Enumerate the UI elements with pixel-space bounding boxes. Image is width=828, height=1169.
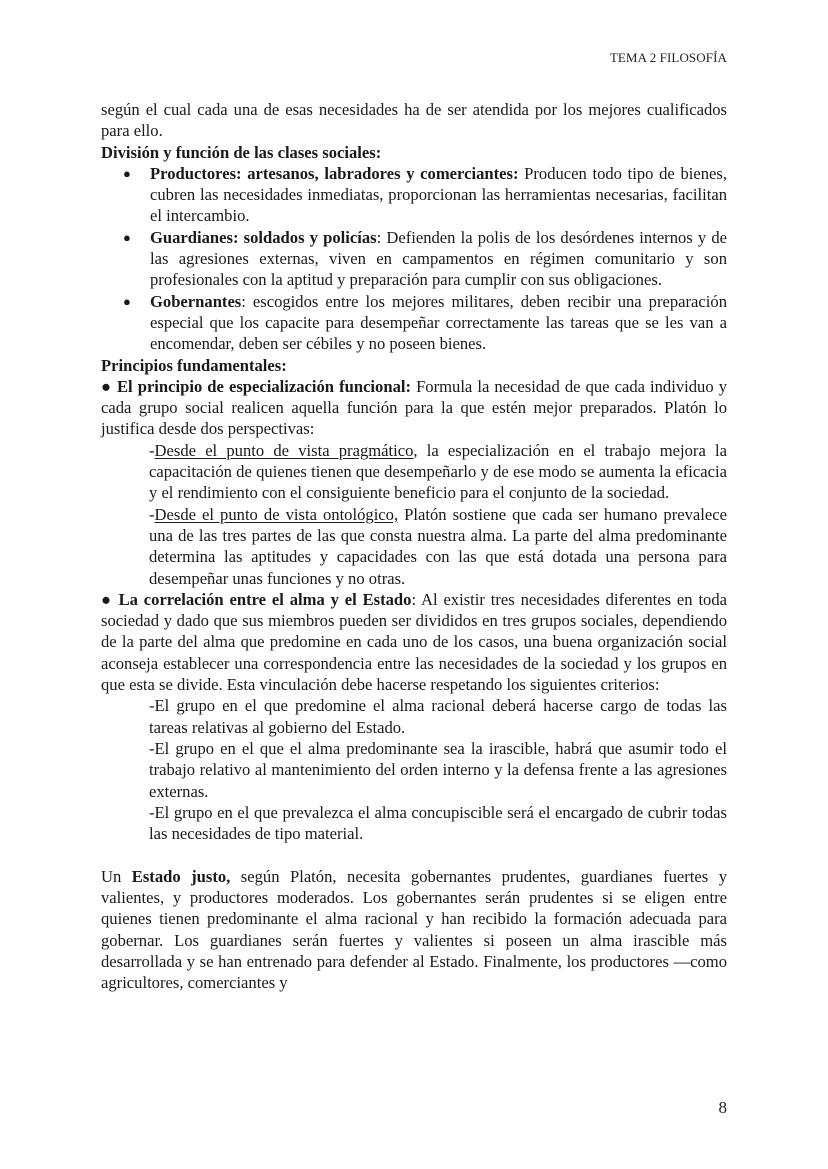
perspective-pragmatico: -Desde el punto de vista pragmático, la … <box>101 440 727 504</box>
bullet-icon: ● <box>123 163 131 184</box>
intro-paragraph: según el cual cada una de esas necesidad… <box>101 99 727 142</box>
term: Estado justo, <box>132 867 231 886</box>
list-item-productores: ● Productores: artesanos, labradores y c… <box>150 163 727 227</box>
underlined-term: Desde el punto de vista pragmático <box>155 441 414 460</box>
page-number: 8 <box>719 1098 728 1118</box>
perspective-ontologico: -Desde el punto de vista ontológico, Pla… <box>101 504 727 589</box>
criterio-concupiscible: -El grupo en el que prevalezca el alma c… <box>101 802 727 845</box>
running-header: TEMA 2 FILOSOFÍA <box>610 50 727 66</box>
criterio-irascible: -El grupo en el que el alma predominante… <box>101 738 727 802</box>
social-classes-list: ● Productores: artesanos, labradores y c… <box>101 163 727 355</box>
estado-justo-paragraph: Un Estado justo, según Platón, necesita … <box>101 866 727 994</box>
blank-line <box>101 844 727 865</box>
list-item-gobernantes: ● Gobernantes: escogidos entre los mejor… <box>150 291 727 355</box>
term: ● El principio de especialización funcio… <box>101 377 411 396</box>
prefix: Un <box>101 867 132 886</box>
term: Productores: artesanos, labradores y com… <box>150 164 518 183</box>
term: Guardianes: soldados y policías <box>150 228 377 247</box>
term: Gobernantes <box>150 292 241 311</box>
term: ● La correlación entre el alma y el Esta… <box>101 590 411 609</box>
page-body: según el cual cada una de esas necesidad… <box>101 99 727 993</box>
principle-especializacion: ● El principio de especialización funcio… <box>101 376 727 440</box>
underlined-term: Desde el punto de vista ontológico, <box>155 505 399 524</box>
criterio-racional: -El grupo en el que predomine el alma ra… <box>101 695 727 738</box>
section-heading-division: División y función de las clases sociale… <box>101 142 727 163</box>
list-item-guardianes: ● Guardianes: soldados y policías: Defie… <box>150 227 727 291</box>
bullet-icon: ● <box>123 291 131 312</box>
bullet-icon: ● <box>123 227 131 248</box>
principle-correlacion: ● La correlación entre el alma y el Esta… <box>101 589 727 695</box>
section-heading-principios: Principios fundamentales: <box>101 355 727 376</box>
